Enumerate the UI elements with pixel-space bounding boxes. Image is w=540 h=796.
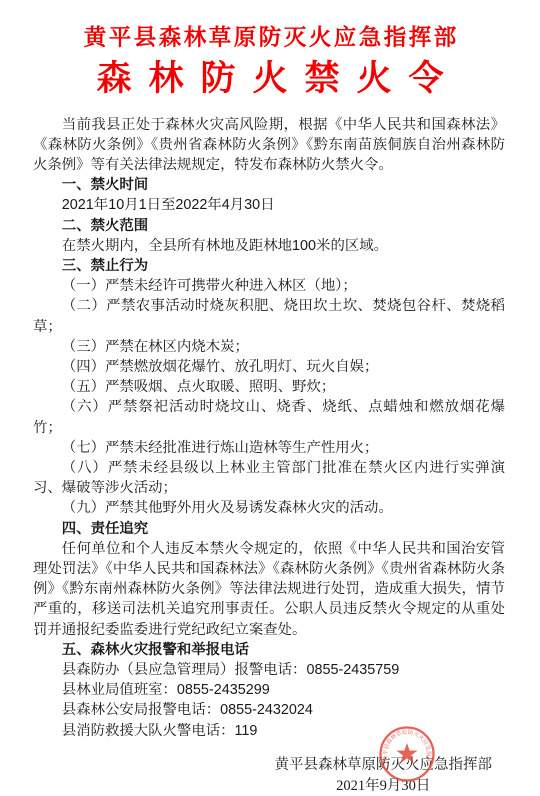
section-2-heading: 二、禁火范围 xyxy=(33,216,505,236)
fire-ban-document: 黄平县森林草原防灭火应急指挥部 森林防火禁火令 当前我县正处于森林火灾高风险期，… xyxy=(0,0,540,796)
signature-date: 2021年9月30日 xyxy=(275,776,493,796)
prohibited-item-2: （二）严禁农事活动时烧灰积肥、烧田坎土坎、焚烧包谷杆、焚烧稻草； xyxy=(33,296,505,336)
signature-org: 黄平县森林草原防灭火应急指挥部 xyxy=(275,755,493,776)
phone-line-2: 县林业局值班室：0855-2435299 xyxy=(33,680,505,700)
section-5-heading: 五、森林火灾报警和举报电话 xyxy=(33,640,505,660)
prohibited-item-4: （四）严禁燃放烟花爆竹、放孔明灯、玩火自娱； xyxy=(33,357,505,377)
signature-block: 黄平县森林草原防灭火应急指挥部 2021年9月30日 xyxy=(0,755,540,796)
phone-line-3: 县森林公安局报警电话：0855-2432024 xyxy=(33,700,505,720)
section-1-heading: 一、禁火时间 xyxy=(33,175,505,195)
section-2-paragraph: 在禁火期内，全县所有林地及距林地100米的区域。 xyxy=(33,236,505,256)
prohibited-item-5: （五）严禁吸烟、点火取暖、照明、野炊； xyxy=(33,377,505,397)
prohibited-item-3: （三）严禁在林区内烧木炭； xyxy=(33,337,505,357)
prohibited-item-6: （六）严禁祭祀活动时烧坟山、烧香、烧纸、点蜡烛和燃放烟花爆竹； xyxy=(33,397,505,437)
phone-line-1: 县森防办（县应急管理局）报警电话：0855-2435759 xyxy=(33,660,505,680)
doc-title: 森林防火禁火令 xyxy=(0,61,540,96)
prohibited-item-7: （七）严禁未经批准进行炼山造林等生产性用火； xyxy=(33,438,505,458)
section-1-paragraph: 2021年10月1日至2022年4月30日 xyxy=(33,195,505,215)
document-body: 当前我县正处于森林火灾高风险期，根据《中华人民共和国森林法》《森林防火条例》《贵… xyxy=(33,115,505,741)
prohibited-item-1: （一）严禁未经许可携带火种进入林区（地）； xyxy=(33,276,505,296)
prohibited-item-9: （九）严禁其他野外用火及易诱发森林火灾的活动。 xyxy=(33,498,505,518)
org-title: 黄平县森林草原防灭火应急指挥部 xyxy=(0,27,540,50)
section-4-paragraph: 任何单位和个人违反本禁火令规定的，依照《中华人民共和国治安管理处罚法》《中华人民… xyxy=(33,539,505,640)
signature-inner: 黄平县森林草原防灭火应急指挥部 2021年9月30日 xyxy=(275,755,493,796)
prohibited-item-8: （八）严禁未经县级以上林业主管部门批准在禁火区内进行实弹演习、爆破等涉火活动； xyxy=(33,458,505,498)
phone-line-4: 县消防救援大队火警电话：119 xyxy=(33,721,505,741)
section-3-heading: 三、禁止行为 xyxy=(33,256,505,276)
section-4-heading: 四、责任追究 xyxy=(33,519,505,539)
intro-paragraph: 当前我县正处于森林火灾高风险期，根据《中华人民共和国森林法》《森林防火条例》《贵… xyxy=(33,115,505,176)
